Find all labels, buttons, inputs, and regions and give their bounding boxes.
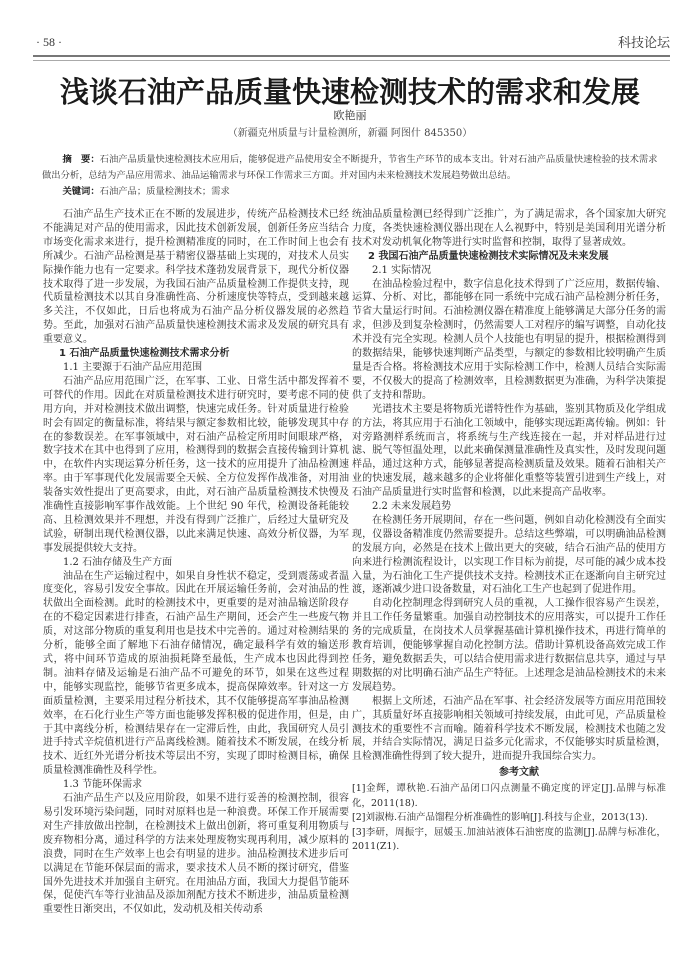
section-2-2-paragraph: 在检测任务开展期间，存在一些问题，例如自动化检测没有全面实现，仪器设备精准度仍然… bbox=[352, 514, 666, 597]
section-1-1-paragraph: 石油产品应用范围广泛，在军事、工业、日常生活中都发挥着不可替代的作用。因此在对质… bbox=[43, 375, 349, 556]
author-name: 欧艳丽 bbox=[0, 107, 700, 123]
section-1-3-continuation: 统油品质量检测已经得到广泛推广，为了满足需求，各个国家加大研究力度，各类快速检测… bbox=[352, 208, 666, 250]
reference-item: [1]金辉，谭秋艳.石油产品闭口闪点测量不确定度的评定[J].品牌与标准化，20… bbox=[352, 782, 666, 811]
right-column: 统油品质量检测已经得到广泛推广，为了满足需求，各个国家加大研究力度，各类快速检测… bbox=[352, 208, 666, 855]
abstract: 摘 要：石油产品质量快速检测技术应用后，能够促进产品使用安全不断提升，节省生产环… bbox=[42, 152, 662, 184]
author-affiliation: （新疆克州质量与计量检测所，新疆 阿图什 845350） bbox=[0, 124, 700, 139]
section-2-1-heading: 2.1 实际情况 bbox=[352, 264, 666, 278]
section-2-1-paragraph: 在油品检验过程中，数字信息化技术得到了广泛应用，数据传输、运算、分析、对比，都能… bbox=[352, 278, 666, 403]
page-number: · 58 · bbox=[36, 35, 62, 50]
journal-section: 科技论坛 bbox=[618, 32, 670, 51]
section-1-3-paragraph: 石油产品生产以及应用阶段，如果不进行妥善的检测控制，很容易引发环境污染问题，同时… bbox=[43, 792, 349, 917]
section-2-1-paragraph-2: 光谱技术主要是将物质光谱特性作为基础，鉴别其物质及化学组成的方法，将其应用于石油… bbox=[352, 403, 666, 500]
left-column: 石油产品生产技术正在不断的发展进步，传统产品检测技术已经不能满足对产品的使用需求… bbox=[43, 208, 349, 917]
intro-paragraph: 石油产品生产技术正在不断的发展进步，传统产品检测技术已经不能满足对产品的使用需求… bbox=[43, 208, 349, 347]
reference-item: [2]刘淑梅.石油产品馏程分析准确性的影响[J].科技与企业，2013(13). bbox=[352, 811, 666, 826]
section-2-heading: 2 我国石油产品质量快速检测技术实际情况及未来发展 bbox=[352, 250, 666, 264]
keywords-text: 石油产品；质量检测技术；需求 bbox=[100, 186, 230, 197]
section-2-2-heading: 2.2 未来发展趋势 bbox=[352, 500, 666, 514]
section-1-1-heading: 1.1 主要源于石油产品应用范围 bbox=[43, 361, 349, 375]
article-title: 浅谈石油产品质量快速检测技术的需求和发展 bbox=[0, 70, 700, 111]
section-1-2-paragraph: 油品在生产运输过程中，如果自身性状不稳定，受到震荡或者温度变化，容易引发安全事故… bbox=[43, 570, 349, 779]
section-2-2-paragraph-2: 自动化控制理念得到研究人员的重视，人工操作很容易产生误差，并且工作任务量繁重。加… bbox=[352, 597, 666, 694]
section-1-2-heading: 1.2 石油存储及生产方面 bbox=[43, 556, 349, 570]
conclusion-paragraph: 根据上文所述，石油产品在军事、社会经济发展等方面应用范围较广，其质量好坏直接影响… bbox=[352, 695, 666, 765]
abstract-label: 摘 要： bbox=[62, 154, 99, 165]
section-1-3-heading: 1.3 节能环保需求 bbox=[43, 778, 349, 792]
keywords: 关键词：石油产品；质量检测技术；需求 bbox=[42, 184, 662, 200]
section-1-heading: 1 石油产品质量快速检测技术需求分析 bbox=[43, 347, 349, 361]
references-heading: 参考文献 bbox=[352, 764, 666, 782]
abstract-text: 石油产品质量快速检测技术应用后，能够促进产品使用安全不断提升，节省生产环节的成本… bbox=[42, 154, 657, 181]
abstract-block: 摘 要：石油产品质量快速检测技术应用后，能够促进产品使用安全不断提升，节省生产环… bbox=[42, 152, 662, 200]
keywords-label: 关键词： bbox=[62, 186, 99, 197]
reference-item: [3]李研，周振宇，屈媛玉.加油站液体石油密度的监测[J].品牌与标准化，201… bbox=[352, 826, 666, 855]
header-divider bbox=[33, 55, 670, 61]
